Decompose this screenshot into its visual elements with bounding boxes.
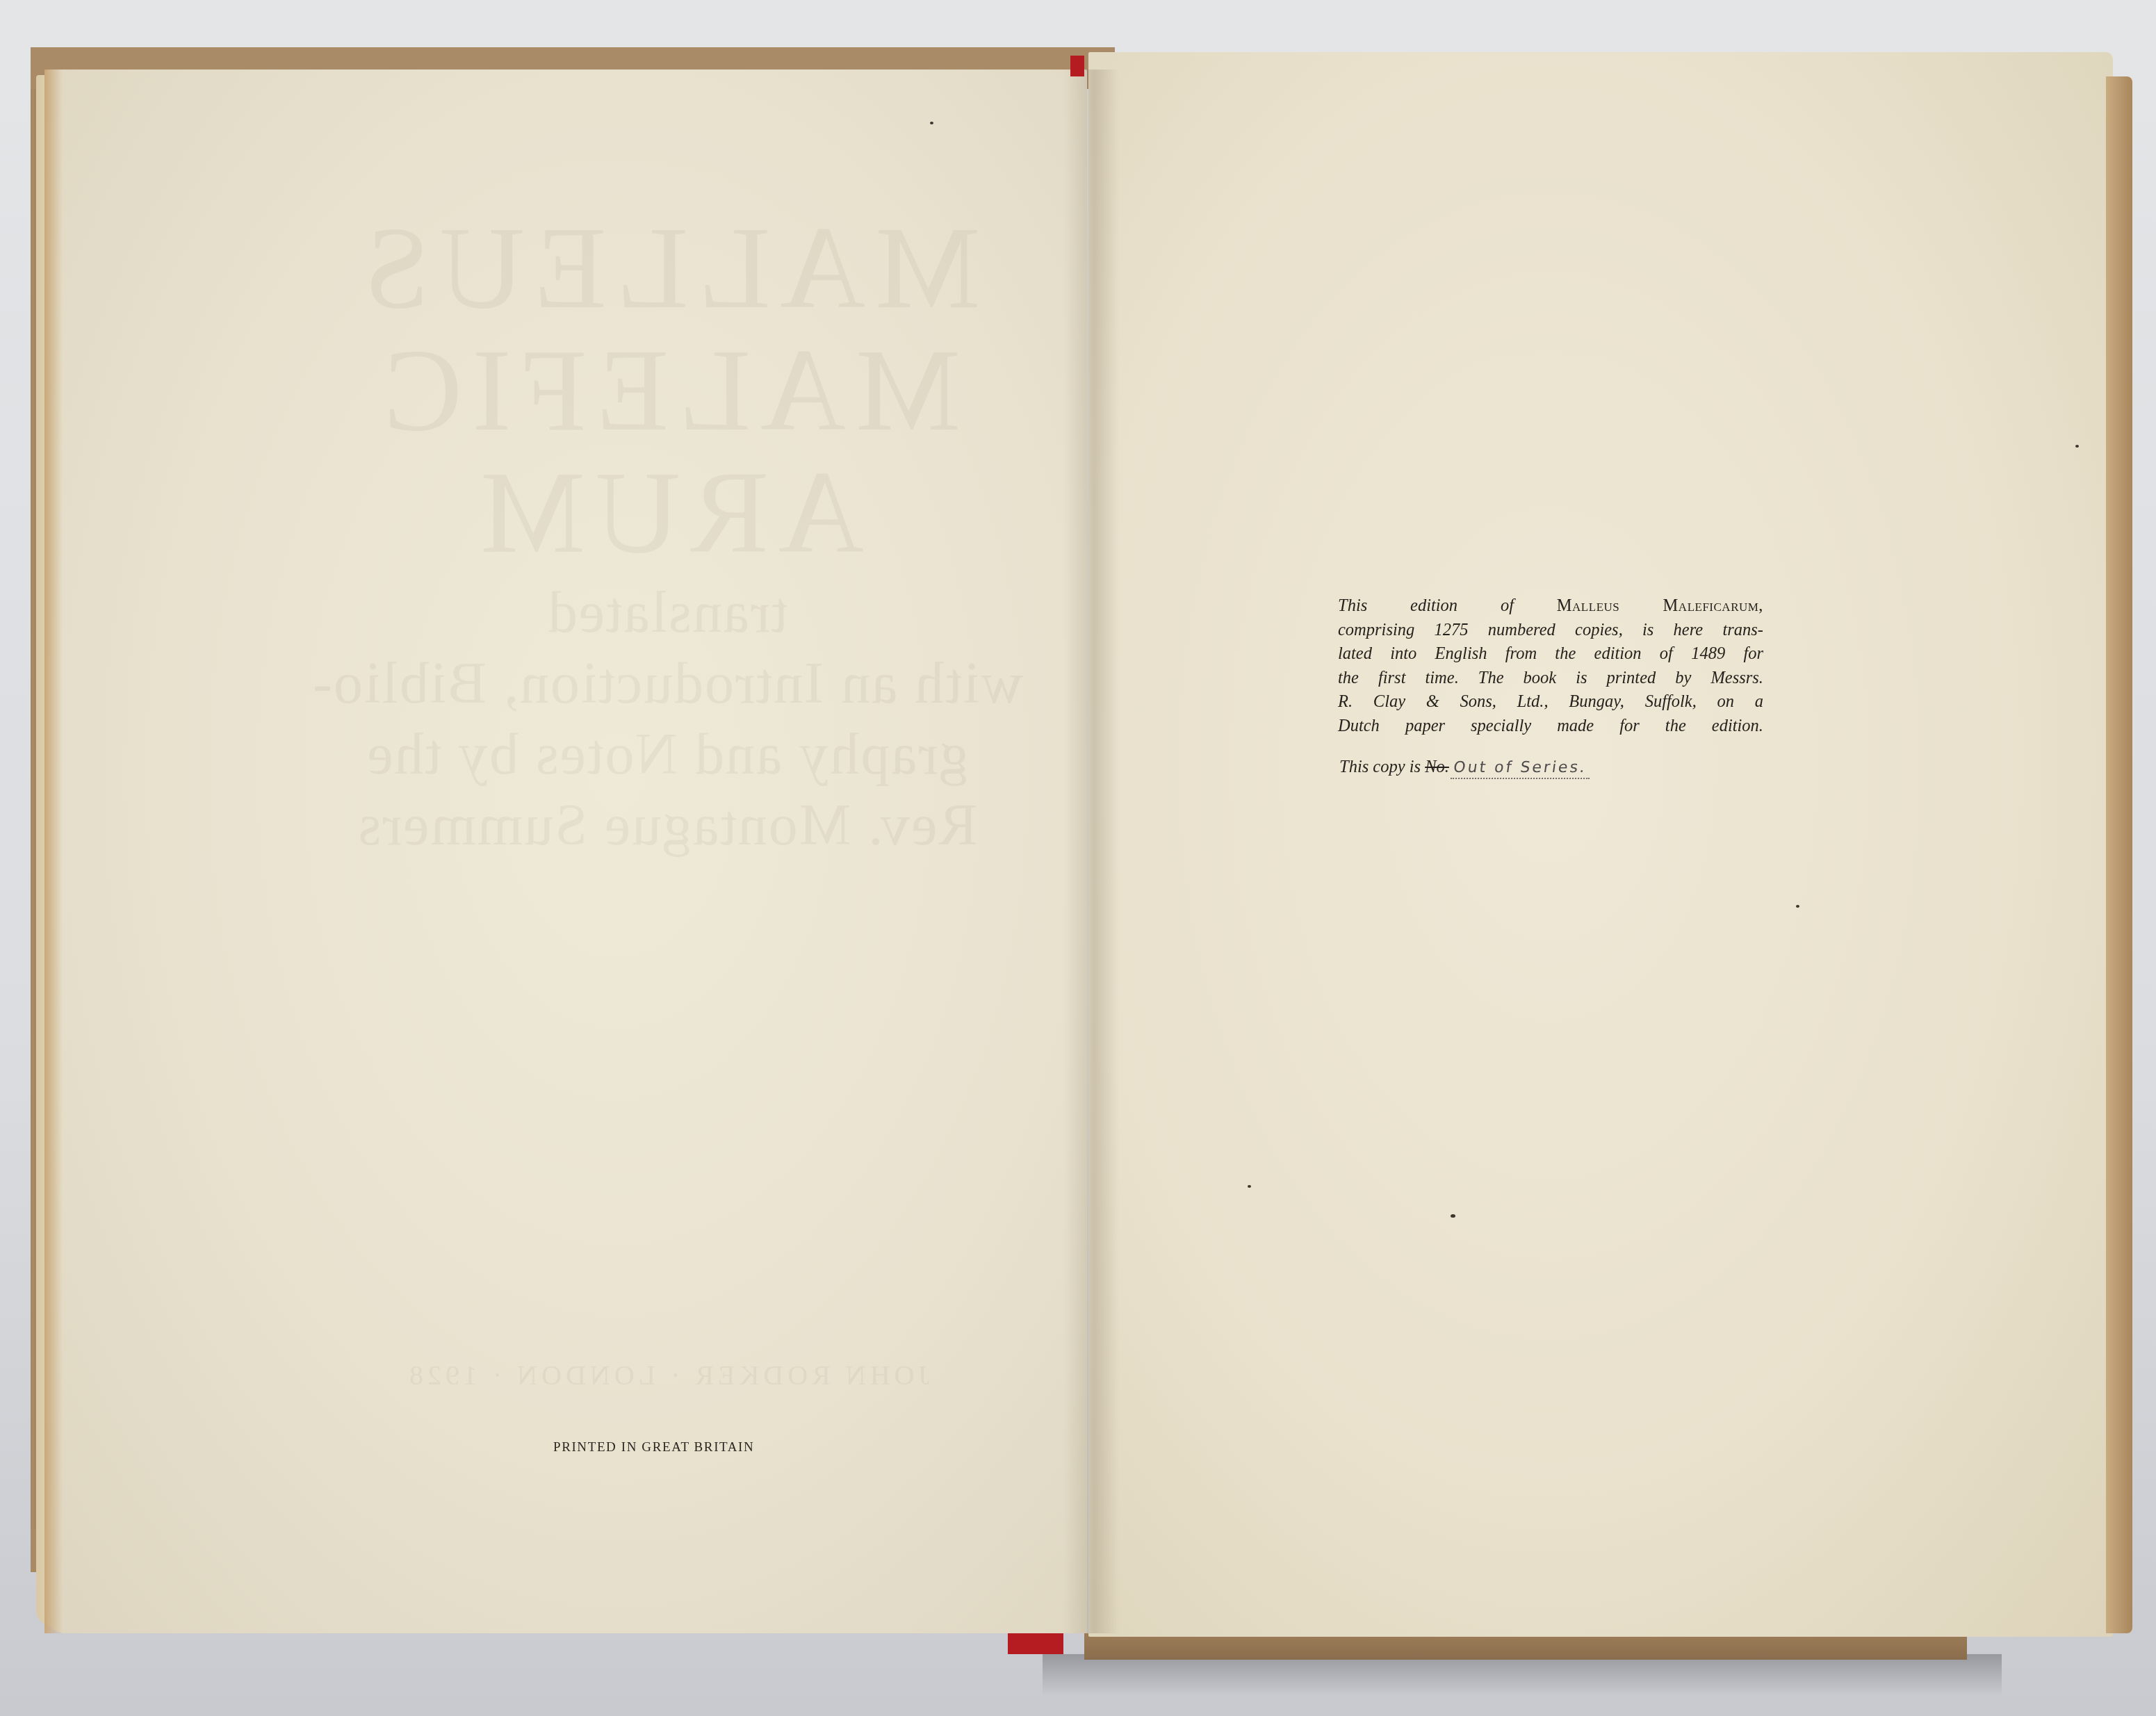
paper-speck — [1796, 905, 1799, 908]
right-page — [1088, 52, 2113, 1637]
colophon-prefix: This edition of — [1338, 596, 1557, 615]
left-page-deckle-edge — [44, 70, 63, 1633]
colophon-text: This edition of Malleus Maleficarum, com… — [1338, 594, 1763, 738]
colophon-line: R. Clay & Sons, Ltd., Bungay, Suffolk, o… — [1338, 690, 1763, 714]
copy-number-statement: This copy is No.Out of Series. — [1339, 758, 1591, 779]
colophon-line: This edition of Malleus Maleficarum, — [1338, 594, 1763, 619]
paper-speck — [1451, 1214, 1455, 1218]
show-through-footer: JOHN RODKER · LONDON · 1928 — [292, 1359, 1043, 1391]
red-endpaper-top — [1070, 56, 1084, 76]
paper-speck — [1248, 1185, 1251, 1188]
right-page-deckle-edge — [2106, 76, 2132, 1633]
left-page — [44, 70, 1087, 1633]
printed-in-imprint: PRINTED IN GREAT BRITAIN — [553, 1440, 754, 1455]
book-gutter — [1063, 70, 1119, 1633]
book-board-bottom-edge — [1084, 1633, 1967, 1660]
colophon-line: the first time. The book is printed by M… — [1338, 667, 1763, 691]
handwritten-annotation: Out of Series. — [1451, 759, 1592, 779]
book-title: Malleus Maleficarum, — [1557, 596, 1763, 615]
struck-number-label: No. — [1425, 758, 1449, 776]
colophon-line: Dutch paper specially made for the editi… — [1338, 714, 1763, 739]
colophon-line: comprising 1275 numbered copies, is here… — [1338, 619, 1763, 643]
colophon-line: lated into English from the edition of 1… — [1338, 642, 1763, 667]
book-shadow — [1043, 1654, 2002, 1696]
copy-prefix: This copy is — [1339, 758, 1425, 776]
paper-speck — [930, 122, 933, 124]
paper-speck — [2075, 445, 2079, 448]
